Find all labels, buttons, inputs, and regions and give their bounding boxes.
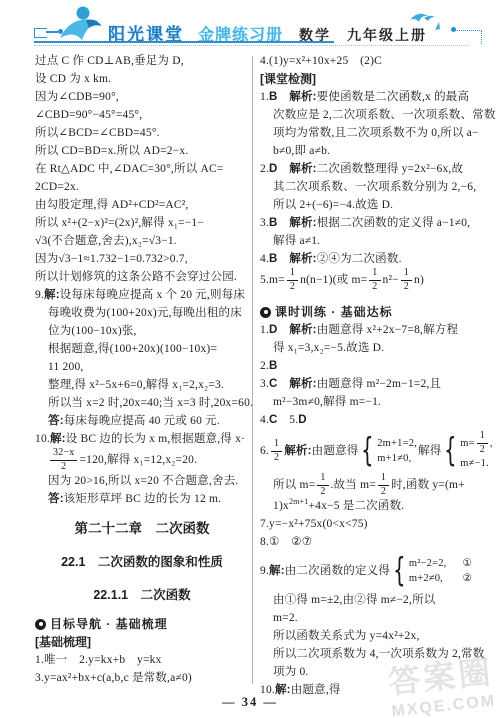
- quiz-answer-line: 4.B 解析:②④为二次函数.: [260, 250, 494, 268]
- quiz-answer-line: 2.D 解析:二次函数整理得 y=2x²−6x,故: [260, 160, 494, 178]
- train-q6-line: 6. 12 解析:由题意得 { 2m+1=2, m+1≠0, 解得 { m=: [260, 429, 494, 473]
- brace-system: { 2m+1=2, m+1≠0,: [359, 437, 417, 465]
- problem-10-fraction-line: 32−x 2 =120,解得 x₁=12,x₂=20.: [35, 448, 249, 472]
- fraction: 12: [271, 439, 282, 463]
- basics-answer-line: 3.y=ax²+bx+c(a,b,c 是常数,a≠0): [35, 669, 249, 687]
- header-dotted-rule: [34, 45, 468, 46]
- q5-prefix: 5.m=: [260, 271, 285, 289]
- quiz-answer-line: 3.B 解析:根据二次函数的定义得 a−1≠0,: [260, 214, 494, 232]
- train-answer-line: 2.B: [260, 357, 494, 375]
- train-q9-line: 所以函数关系式为 y=4x²+2x,: [260, 627, 494, 645]
- page-number: — 34 —: [222, 695, 278, 709]
- page-content: 过点 C 作 CD⊥AB,垂足为 D, 设 CD 为 x km. 因为∠CDB=…: [0, 52, 500, 692]
- problem-9-line: 11 200,: [35, 358, 249, 376]
- quiz-answer-line: 项均为常数,且二次项系数不为 0,所以 a−: [260, 124, 494, 142]
- solution-line: 因为√3−1≈1.732−1=0.732>0.7,: [35, 250, 249, 268]
- brace-row: m= 12 ,: [460, 431, 493, 455]
- subsection-title: 22.1.1 二次函数: [35, 586, 249, 604]
- brace-glyph: {: [445, 440, 458, 463]
- fraction: 32−x 2: [50, 448, 77, 472]
- fraction: 12: [369, 268, 380, 292]
- problem-9-line: 所以当 x=2 时,20x=40;当 x=3 时,20x=60.: [35, 394, 249, 412]
- brace-row: m+2≠0, ②: [409, 572, 472, 585]
- equation-tag: ①: [463, 557, 473, 570]
- q5-middle: n(n−1)(或 m=: [300, 271, 367, 289]
- brace-row: m≠−1.: [460, 457, 493, 470]
- train-section-header: 课时训练 · 基础达标: [260, 303, 494, 321]
- fraction-suffix: =120,解得 x₁=12,x₂=20.: [79, 451, 197, 469]
- train-answer-line: m²−3m≠0,解得 m=−1.: [260, 393, 494, 411]
- brace-system: { m²−2=2, ① m+2≠0, ②: [391, 557, 472, 585]
- problem-10-line: 答:该矩形草坪 BC 边的长为 12 m.: [35, 490, 249, 508]
- train-answer-line: 3.C 解析:由题意得 m²−2m−1=2,且: [260, 375, 494, 393]
- q5-middle: n²−: [383, 271, 399, 289]
- brace-row: 2m+1=2,: [377, 437, 417, 450]
- page-header: 阳光课堂 金牌练习册 数学 九年级上册: [0, 4, 500, 44]
- solution-line: 在 Rt△ADC 中,∠DAC=30°,所以 AC=: [35, 160, 249, 178]
- problem-9-line: 答:每床每晚应提高 40 元或 60 元.: [35, 412, 249, 430]
- train-q9-line: 9.解:由二次函数的定义得 { m²−2=2, ① m+2≠0, ②: [260, 551, 494, 591]
- solution-line: √3(不合题意,舍去),x₂=√3−1.: [35, 232, 249, 250]
- solution-line: 过点 C 作 CD⊥AB,垂足为 D,: [35, 52, 249, 70]
- basics-answer-line: 1.唯一 2.y=kx+b y=kx: [35, 651, 249, 669]
- brace-row: m+1≠0,: [377, 452, 417, 465]
- fraction: 12: [378, 473, 389, 497]
- q6-label: 解析:由题意得: [284, 442, 358, 460]
- train-q9-line: 由①得 m=±2,由②得 m≠−2,所以: [260, 591, 494, 609]
- train-q9-line: 项为 0.: [260, 663, 494, 681]
- problem-9-line: 整理,得 x²−5x+6=0,解得 x₁=2,x₂=3.: [35, 376, 249, 394]
- quiz-q5-line: 5.m= 12 n(n−1)(或 m= 12 n²− 12 n): [260, 268, 494, 292]
- quiz-answer-line: 1.B 解析:要使函数是二次函数,x 的最高: [260, 88, 494, 106]
- section-title: 22.1 二次函数的图象和性质: [35, 553, 249, 571]
- fraction-numerator: 32−x: [50, 448, 77, 461]
- fraction: 12: [317, 473, 328, 497]
- fraction-denominator: 2: [61, 461, 66, 473]
- solution-line: 所以 CD=BD=x.所以 AD=2−x.: [35, 142, 249, 160]
- nav-section-label: 目标导航 · 基础梳理: [50, 615, 168, 633]
- fraction: 12: [287, 268, 298, 292]
- solution-line: 2CD=2x.: [35, 178, 249, 196]
- train-q9-line: m=2.: [260, 609, 494, 627]
- train-answer-line: 得 x₁=3,x₂=−5.故选 D.: [260, 339, 494, 357]
- brace-system: { m= 12 , m≠−1.: [442, 431, 492, 470]
- section-badge-icon: [260, 307, 271, 318]
- problem-9-line: 每晚收费为(100+20x)元,每晚出租的床: [35, 304, 249, 322]
- quiz-answer-line: b≠0,即 a≠b.: [260, 142, 494, 160]
- header-right-decoration: [455, 30, 482, 44]
- swallow-birds-icon: [408, 8, 452, 34]
- workbook-answer-page: 答案圈 MXQE.COM 阳光课堂 金牌练习册 数学 九年级上册: [0, 0, 500, 718]
- solution-line: 由勾股定理,得 AD²+CD²=AC²,: [35, 196, 249, 214]
- basics-subheader: [基础梳理]: [35, 633, 249, 651]
- train-q9-line: 所以二次项系数为 4,一次项系数为 2,常数: [260, 645, 494, 663]
- train-q6-line: 所以 m= 12 .故当 m= 12 时,函数 y=(m+: [260, 473, 494, 497]
- train-section-label: 课时训练 · 基础达标: [275, 303, 393, 321]
- brace-glyph: {: [362, 440, 375, 463]
- solution-line: 所以计划修筑的这条公路不会穿过公园.: [35, 268, 249, 286]
- fraction: 12: [401, 268, 412, 292]
- problem-9-line: 9.解:设每床每晚应提高 x 个 20 元,则每床: [35, 286, 249, 304]
- right-column: 4.(1)y=x²+10x+25 (2)C [课堂检测] 1.B 解析:要使函数…: [260, 52, 494, 699]
- train-answer-line: 7.y=−x²+75x(0<x<75): [260, 515, 494, 533]
- nav-section-header: 目标导航 · 基础梳理: [35, 615, 249, 633]
- brace-row: m²−2=2, ①: [409, 557, 472, 570]
- problem-9-line: 位为(100−10x)张,: [35, 322, 249, 340]
- answer-line: 4.(1)y=x²+10x+25 (2)C: [260, 52, 494, 70]
- quiz-answer-line: 次数应是 2,二次项系数、一次项系数、常数: [260, 106, 494, 124]
- train-answer-line: 1.D 解析:由题意得 x²+2x−7=8,解方程: [260, 321, 494, 339]
- header-solid-rule: [34, 41, 334, 43]
- brand-logo-icon: [56, 4, 106, 44]
- train-answer-line: 8.① ②⑦: [260, 533, 494, 551]
- problem-10-line: 10.解:设 BC 边的长为 x m,根据题意,得 x·: [35, 430, 249, 448]
- q6-number: 6.: [260, 442, 269, 460]
- solution-line: 所以∠BCD=∠CBD=45°.: [35, 124, 249, 142]
- quiz-subheader: [课堂检测]: [260, 70, 494, 88]
- problem-10-line: 因为 20>16,所以 x=20 不合题意,舍去.: [35, 472, 249, 490]
- train-answer-line: 4.C 5.D: [260, 411, 494, 429]
- section-badge-icon: [35, 619, 46, 630]
- solution-line: 因为∠CDB=90°,: [35, 88, 249, 106]
- equation-tag: ②: [463, 572, 473, 585]
- problem-9-line: 根据题意,得(100+20x)(100−10x)=: [35, 340, 249, 358]
- fraction: 12: [477, 431, 488, 455]
- q6-solve-label: 解得: [418, 442, 441, 460]
- page-footer: — 34 —: [0, 695, 500, 710]
- train-q6-line: 1)x2m+1+4x−5 是二次函数.: [260, 497, 494, 515]
- chapter-title: 第二十二章 二次函数: [35, 520, 249, 538]
- quiz-answer-line: 所以 2+(−6)=−4.故选 D.: [260, 196, 494, 214]
- quiz-answer-line: 解得 a≠1.: [260, 232, 494, 250]
- solution-line: 设 CD 为 x km.: [35, 70, 249, 88]
- solution-line: 所以 x²+(2−x)²=(2x)²,解得 x₁=−1−: [35, 214, 249, 232]
- bracket-box: [34, 28, 47, 38]
- solution-line: ∠CBD=90°−45°=45°,: [35, 106, 249, 124]
- quiz-answer-line: 其二次项系数、一次项系数分别为 2,−6,: [260, 178, 494, 196]
- q9-lead: 9.解:由二次函数的定义得: [260, 562, 390, 580]
- left-column: 过点 C 作 CD⊥AB,垂足为 D, 设 CD 为 x km. 因为∠CDB=…: [35, 52, 249, 687]
- q5-suffix: n): [414, 271, 424, 289]
- brace-glyph: {: [393, 560, 406, 583]
